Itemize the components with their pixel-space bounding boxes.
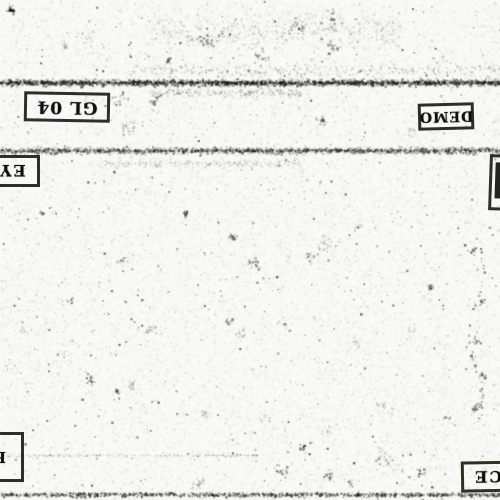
stamp-demo-label: DEMO [419,108,474,125]
stamp-bottom-left-fragment: EN [0,432,24,482]
stamp-right-edge-fragment [488,154,500,212]
stamp-right-edge-ink-bar [494,162,500,198]
stamp-bottom-right-fragment: CCE [461,460,500,492]
stamp-gl-number-label: GL 04 [36,96,97,117]
stamp-bottom-left-fragment-label: EN [0,448,6,467]
scanned-document-page: GL 04 DEMO EYO EN CCE [0,0,500,500]
stamp-left-edge-fragment: EYO [0,155,40,187]
stamp-demo: DEMO [418,102,475,130]
stamp-left-edge-fragment-label: EYO [0,162,26,181]
stamp-gl-number: GL 04 [24,91,111,122]
stamp-bottom-right-fragment-label: CCE [473,467,500,487]
scanned-paper-texture [0,0,500,500]
